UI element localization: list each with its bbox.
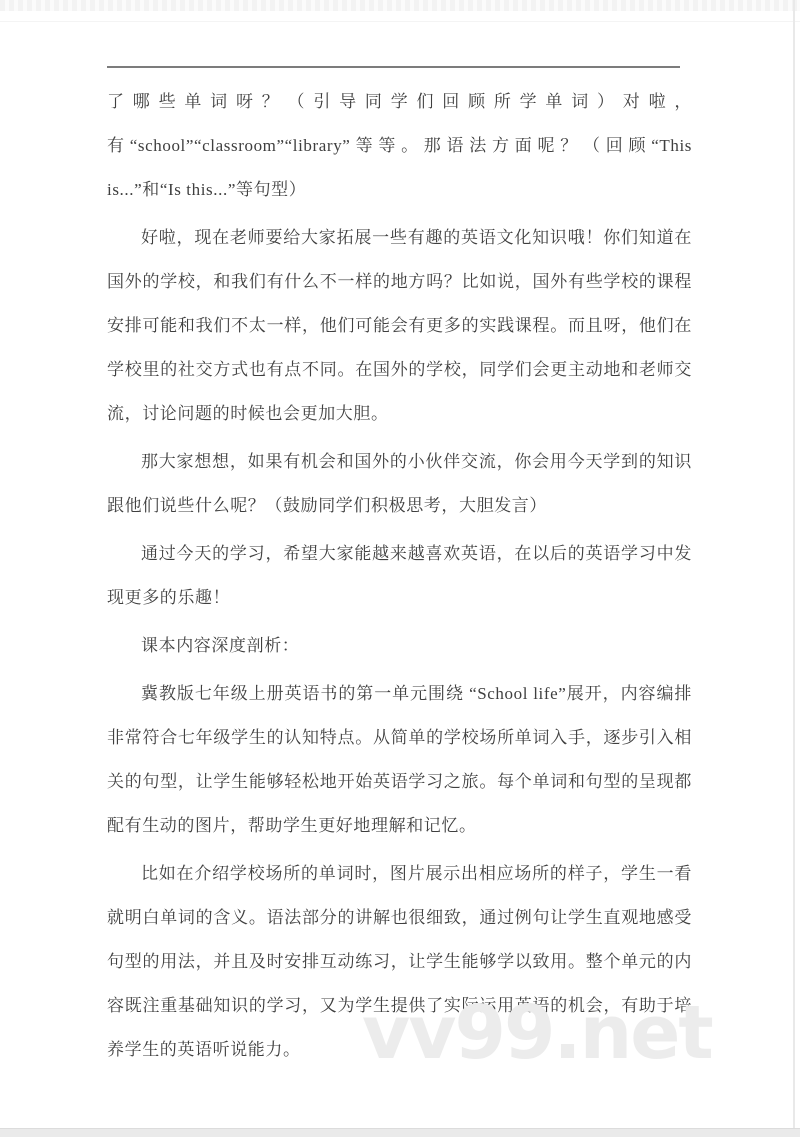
watermark: vv99.net — [362, 996, 712, 1070]
paragraph: 了哪些单词呀？（引导同学们回顾所学单词）对啦，有“school”“classro… — [107, 80, 692, 212]
document-body: 了哪些单词呀？（引导同学们回顾所学单词）对啦，有“school”“classro… — [107, 80, 692, 1076]
paragraph: 通过今天的学习，希望大家能越来越喜欢英语，在以后的英语学习中发现更多的乐趣！ — [107, 532, 692, 620]
page-top-edge — [0, 0, 800, 11]
section-heading: 课本内容深度剖析： — [107, 624, 692, 668]
paragraph: 那大家想想，如果有机会和国外的小伙伴交流，你会用今天学到的知识跟他们说些什么呢？… — [107, 440, 692, 528]
page-bottom-edge — [0, 1128, 800, 1137]
page-top-edge-line — [0, 21, 800, 22]
document-page: 了哪些单词呀？（引导同学们回顾所学单词）对啦，有“school”“classro… — [0, 0, 800, 1137]
header-rule — [107, 66, 680, 68]
paragraph: 好啦，现在老师要给大家拓展一些有趣的英语文化知识哦！你们知道在国外的学校，和我们… — [107, 216, 692, 436]
paragraph: 冀教版七年级上册英语书的第一单元围绕 “School life”展开，内容编排非… — [107, 672, 692, 848]
page-right-edge — [793, 0, 795, 1137]
